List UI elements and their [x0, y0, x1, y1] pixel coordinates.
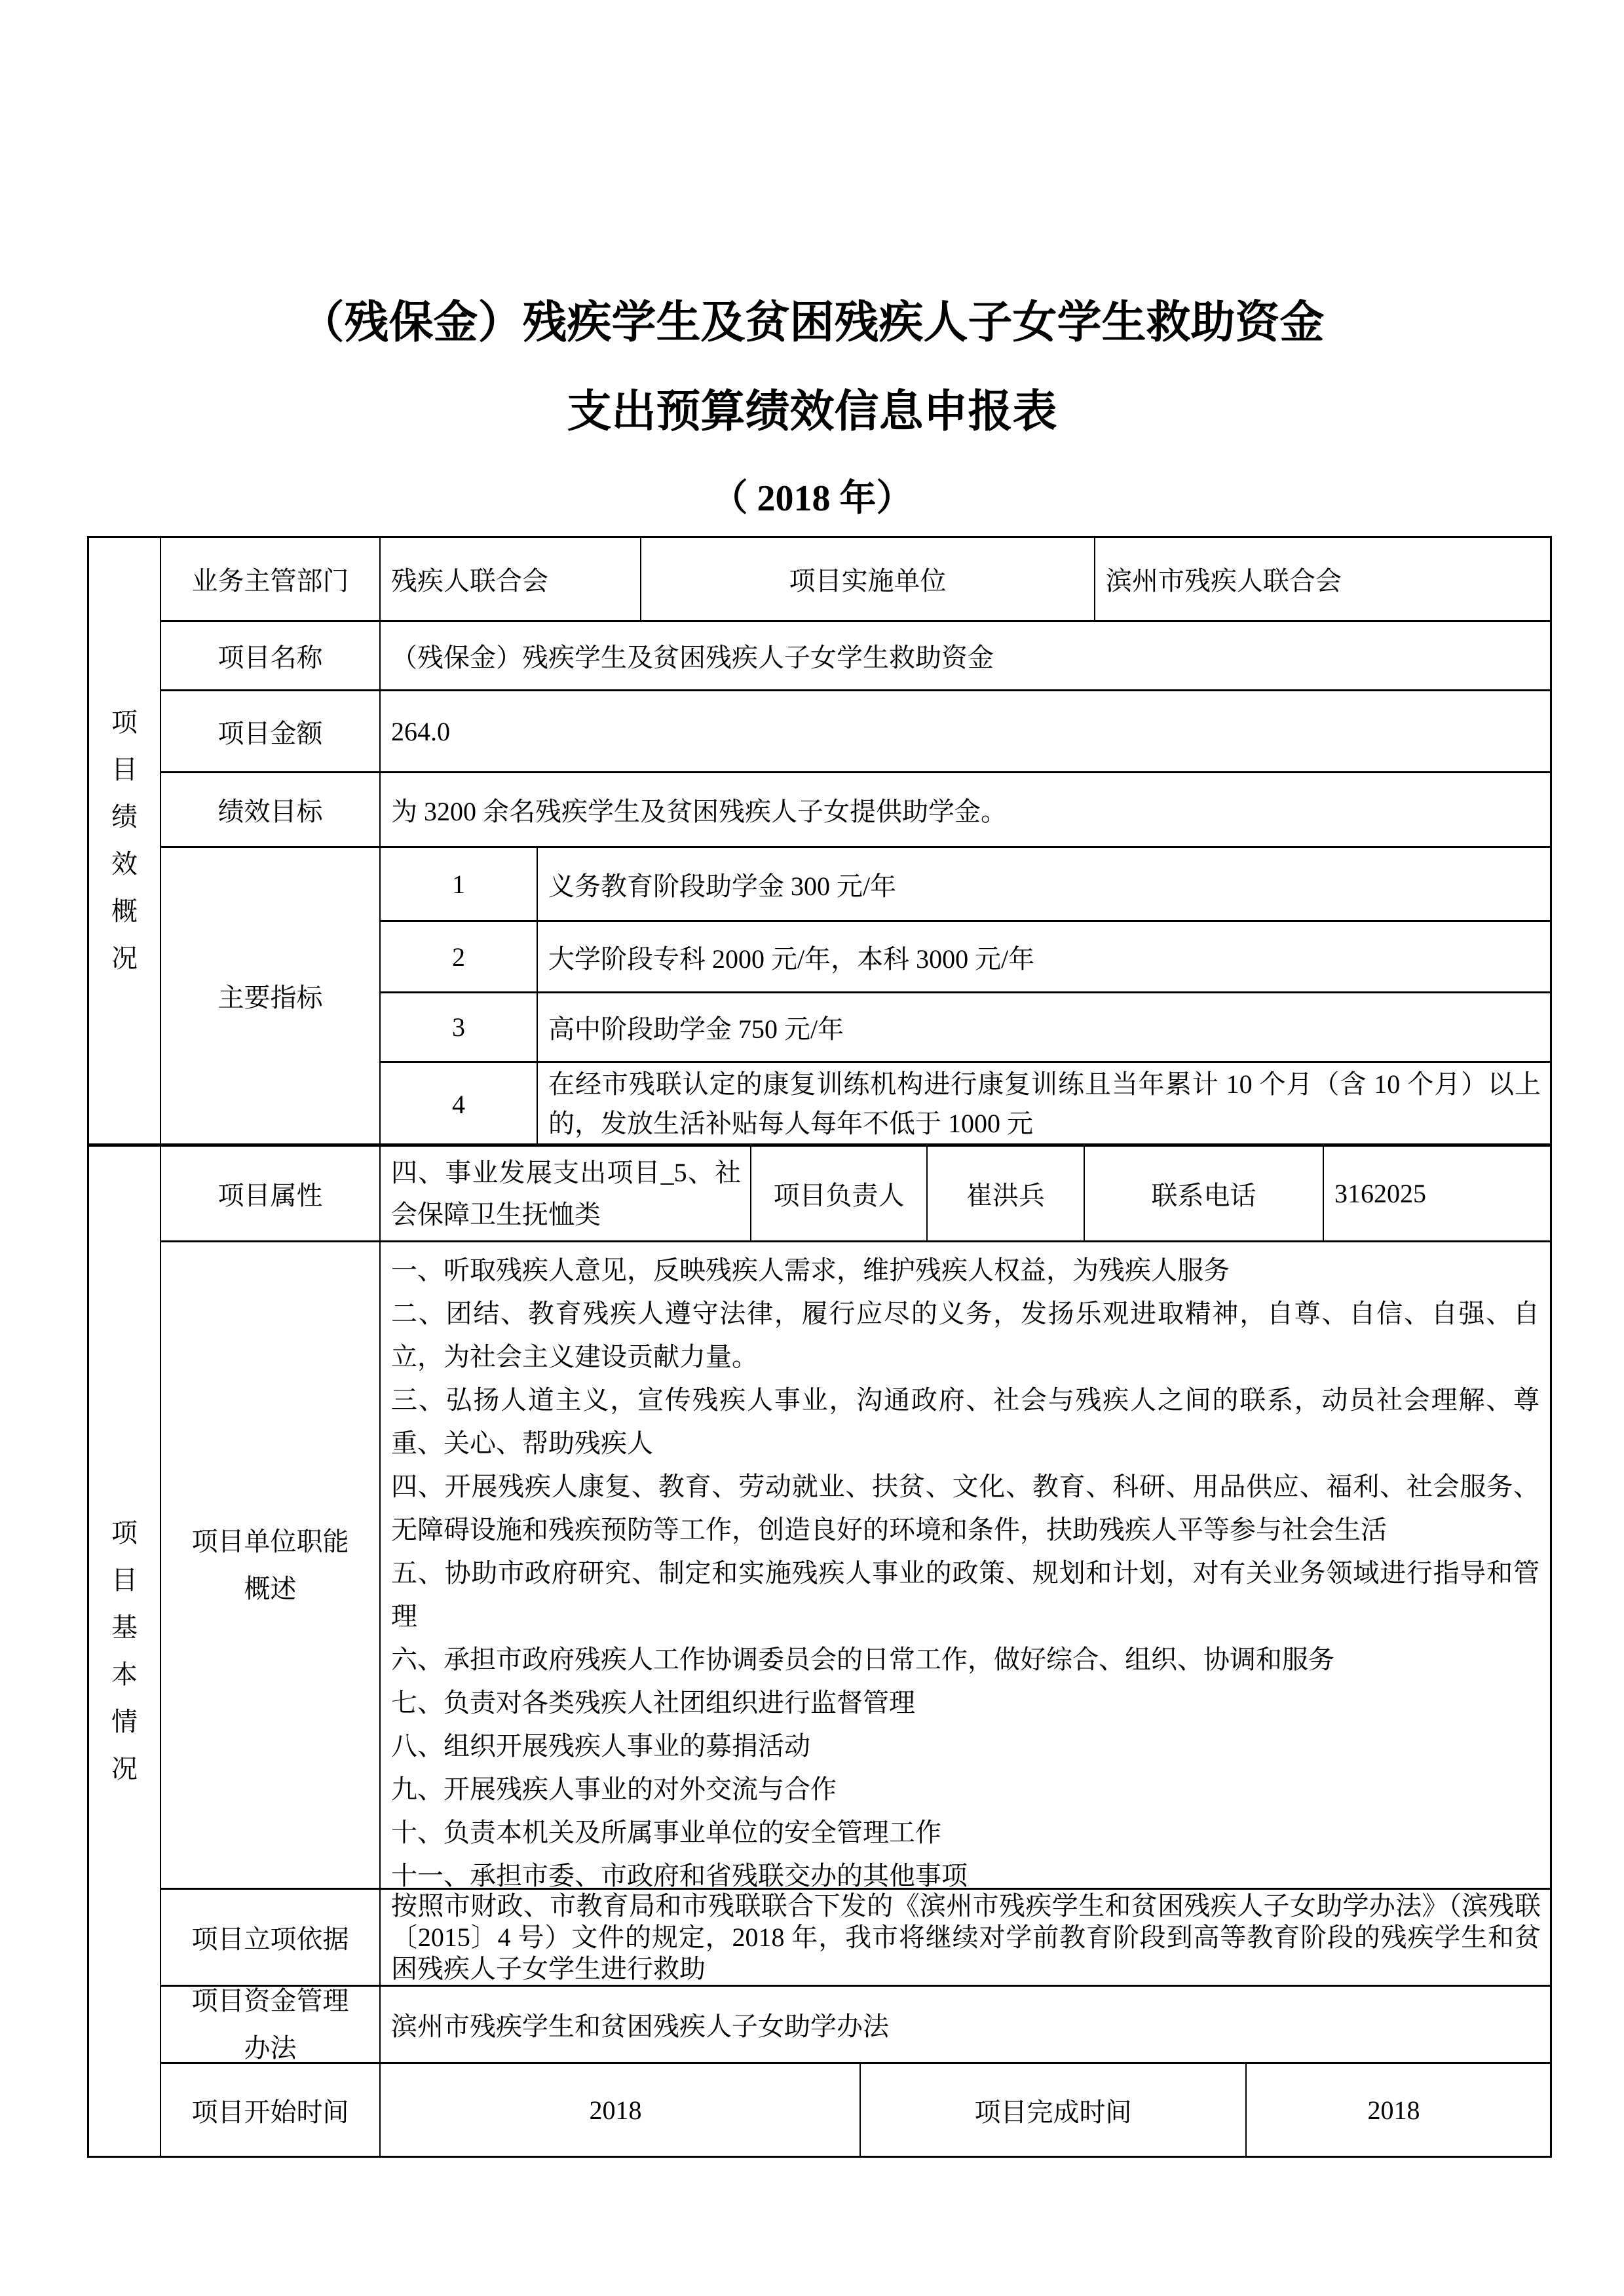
section-performance: 项目绩效概况 业务主管部门 残疾人联合会 项目实施单位 滨州市残疾人联合会 项目…	[89, 538, 1550, 1147]
indicator-3-number: 3	[381, 993, 537, 1061]
function-item: 五、协助市政府研究、制定和实施残疾人事业的政策、规划和计划，对有关业务领域进行指…	[391, 1552, 1539, 1638]
indicator-row-4: 4 在经市残联认定的康复训练机构进行康复训练且当年累计 10 个月（含 10 个…	[381, 1061, 1550, 1145]
project-name-label: 项目名称	[161, 622, 379, 689]
performance-goal-value: 为 3200 余名残疾学生及贫困残疾人子女提供助学金。	[379, 773, 1550, 846]
row-approval-basis: 项目立项依据 按照市财政、市教育局和市残联联合下发的《滨州市残疾学生和贫困残疾人…	[161, 1888, 1550, 1985]
section-basic-vertical-label: 项目基本情况	[89, 1147, 161, 2156]
section-performance-rows: 业务主管部门 残疾人联合会 项目实施单位 滨州市残疾人联合会 项目名称 （残保金…	[161, 538, 1550, 1143]
end-time-label: 项目完成时间	[859, 2064, 1245, 2156]
section-basic: 项目基本情况 项目属性 四、事业发展支出项目_5、社会保障卫生抚恤类 项目负责人…	[89, 1147, 1550, 2156]
indicator-4-text: 在经市残联认定的康复训练机构进行康复训练且当年累计 10 个月（含 10 个月）…	[537, 1063, 1550, 1145]
section-basic-label-text: 项目基本情况	[110, 1510, 139, 1793]
fund-management-label-text: 项目资金管理办法	[189, 1978, 352, 2072]
function-item: 二、团结、教育残疾人遵守法律，履行应尽的义务，发扬乐观进取精神，自尊、自信、自强…	[391, 1292, 1539, 1379]
document-page: （残保金）残疾学生及贫困残疾人子女学生救助资金 支出预算绩效信息申报表 （ 20…	[0, 0, 1624, 2296]
end-time-value: 2018	[1245, 2064, 1550, 2156]
indicator-3-text: 高中阶段助学金 750 元/年	[537, 993, 1550, 1061]
form-table: 项目绩效概况 业务主管部门 残疾人联合会 项目实施单位 滨州市残疾人联合会 项目…	[87, 536, 1552, 2158]
section-performance-vertical-label: 项目绩效概况	[89, 538, 161, 1143]
project-attribute-value: 四、事业发展支出项目_5、社会保障卫生抚恤类	[379, 1147, 750, 1240]
row-unit-functions: 项目单位职能概述 一、听取残疾人意见，反映残疾人需求，维护残疾人权益，为残疾人服…	[161, 1240, 1550, 1888]
row-project-time: 项目开始时间 2018 项目完成时间 2018	[161, 2062, 1550, 2156]
function-item: 六、承担市政府残疾人工作协调委员会的日常工作，做好综合、组织、协调和服务	[391, 1638, 1539, 1681]
section-basic-rows: 项目属性 四、事业发展支出项目_5、社会保障卫生抚恤类 项目负责人 崔洪兵 联系…	[161, 1147, 1550, 2156]
page-title-year: （ 2018 年）	[0, 469, 1624, 522]
row-project-name: 项目名称 （残保金）残疾学生及贫困残疾人子女学生救助资金	[161, 620, 1550, 689]
fund-management-label: 项目资金管理办法	[161, 1987, 379, 2062]
dept-value: 残疾人联合会	[379, 538, 640, 620]
project-amount-label: 项目金额	[161, 691, 379, 771]
row-project-amount: 项目金额 264.0	[161, 689, 1550, 771]
indicator-row-1: 1 义务教育阶段助学金 300 元/年	[381, 848, 1550, 920]
project-manager-value: 崔洪兵	[926, 1147, 1084, 1240]
row-project-attribute: 项目属性 四、事业发展支出项目_5、社会保障卫生抚恤类 项目负责人 崔洪兵 联系…	[161, 1147, 1550, 1240]
function-item: 一、听取残疾人意见，反映残疾人需求，维护残疾人权益，为残疾人服务	[391, 1249, 1539, 1292]
start-time-value: 2018	[379, 2064, 859, 2156]
row-main-indicators: 主要指标 1 义务教育阶段助学金 300 元/年 2 大学阶段专科 2000 元…	[161, 846, 1550, 1143]
contact-phone-label: 联系电话	[1084, 1147, 1323, 1240]
project-name-value: （残保金）残疾学生及贫困残疾人子女学生救助资金	[379, 622, 1550, 689]
indicator-list: 1 义务教育阶段助学金 300 元/年 2 大学阶段专科 2000 元/年，本科…	[379, 848, 1550, 1143]
project-attribute-label: 项目属性	[161, 1147, 379, 1240]
function-item: 七、负责对各类残疾人社团组织进行监督管理	[391, 1681, 1539, 1725]
contact-phone-value: 3162025	[1323, 1147, 1550, 1240]
function-item: 九、开展残疾人事业的对外交流与合作	[391, 1768, 1539, 1811]
function-item: 四、开展残疾人康复、教育、劳动就业、扶贫、文化、教育、科研、用品供应、福利、社会…	[391, 1465, 1539, 1552]
approval-basis-label: 项目立项依据	[161, 1890, 379, 1985]
section-performance-label-text: 项目绩效概况	[110, 699, 139, 982]
indicator-1-text: 义务教育阶段助学金 300 元/年	[537, 848, 1550, 920]
main-indicators-label: 主要指标	[161, 848, 379, 1143]
impl-unit-label: 项目实施单位	[640, 538, 1094, 620]
page-title-line1: （残保金）残疾学生及贫困残疾人子女学生救助资金	[0, 287, 1624, 351]
performance-goal-label: 绩效目标	[161, 773, 379, 846]
indicator-row-3: 3 高中阶段助学金 750 元/年	[381, 991, 1550, 1061]
indicator-4-number: 4	[381, 1063, 537, 1145]
project-manager-label: 项目负责人	[750, 1147, 926, 1240]
row-dept: 业务主管部门 残疾人联合会 项目实施单位 滨州市残疾人联合会	[161, 538, 1550, 620]
unit-functions-label-text: 项目单位职能概述	[189, 1518, 352, 1613]
dept-label: 业务主管部门	[161, 538, 379, 620]
fund-management-value: 滨州市残疾学生和贫困残疾人子女助学办法	[379, 1987, 1550, 2062]
function-item: 八、组织开展残疾人事业的募捐活动	[391, 1725, 1539, 1768]
project-amount-value: 264.0	[379, 691, 1550, 771]
indicator-1-number: 1	[381, 848, 537, 920]
indicator-2-number: 2	[381, 922, 537, 991]
unit-functions-label: 项目单位职能概述	[161, 1242, 379, 1888]
row-performance-goal: 绩效目标 为 3200 余名残疾学生及贫困残疾人子女提供助学金。	[161, 771, 1550, 846]
impl-unit-value: 滨州市残疾人联合会	[1094, 538, 1550, 620]
approval-basis-value: 按照市财政、市教育局和市残联联合下发的《滨州市残疾学生和贫困残疾人子女助学办法》…	[379, 1890, 1550, 1985]
function-item: 十、负责本机关及所属事业单位的安全管理工作	[391, 1811, 1539, 1854]
unit-functions-value: 一、听取残疾人意见，反映残疾人需求，维护残疾人权益，为残疾人服务 二、团结、教育…	[379, 1242, 1550, 1888]
function-item: 三、弘扬人道主义，宣传残疾人事业，沟通政府、社会与残疾人之间的联系，动员社会理解…	[391, 1379, 1539, 1465]
page-title-line2: 支出预算绩效信息申报表	[0, 376, 1624, 440]
row-fund-management: 项目资金管理办法 滨州市残疾学生和贫困残疾人子女助学办法	[161, 1985, 1550, 2062]
indicator-row-2: 2 大学阶段专科 2000 元/年，本科 3000 元/年	[381, 920, 1550, 991]
start-time-label: 项目开始时间	[161, 2064, 379, 2156]
indicator-2-text: 大学阶段专科 2000 元/年，本科 3000 元/年	[537, 922, 1550, 991]
